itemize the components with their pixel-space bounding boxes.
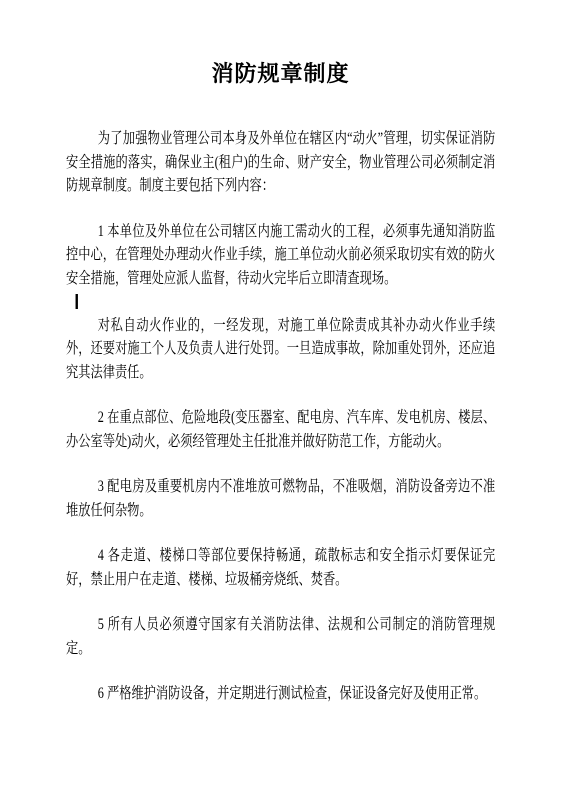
document-page[interactable]: 消防规章制度 为了加强物业管理公司本身及外单位在辖区内“动火”管理，切实保证消防…: [0, 0, 561, 806]
paragraph[interactable]: 2 在重点部位、危险地段(变压器室、配电房、汽车库、发电机房、楼层、办公室等处)…: [66, 406, 495, 453]
document-body[interactable]: 为了加强物业管理公司本身及外单位在辖区内“动火”管理，切实保证消防安全措施的落实…: [66, 127, 495, 706]
paragraph[interactable]: 为了加强物业管理公司本身及外单位在辖区内“动火”管理，切实保证消防安全措施的落实…: [66, 127, 495, 198]
paragraph[interactable]: 5 所有人员必须遵守国家有关消防法律、法规和公司制定的消防管理规定。: [66, 613, 495, 660]
document-title[interactable]: 消防规章制度: [66, 60, 495, 88]
paragraph[interactable]: 4 各走道、楼梯口等部位要保持畅通，疏散标志和安全指示灯要保证完好，禁止用户在走…: [66, 544, 495, 591]
text-cursor: [76, 294, 78, 309]
paragraph[interactable]: 对私自动火作业的，一经发现，对施工单位除责成其补办动火作业手续外，还要对施工个人…: [66, 314, 495, 385]
paragraph[interactable]: 6 严格维护消防设备，并定期进行测试检查，保证设备完好及使用正常。: [66, 682, 495, 706]
paragraph[interactable]: 3 配电房及重要机房内不准堆放可燃物品，不准吸烟，消防设备旁边不准堆放任何杂物。: [66, 475, 495, 522]
text-cursor-line[interactable]: [66, 290, 495, 314]
paragraph[interactable]: 1 本单位及外单位在公司辖区内施工需动火的工程，必须事先通知消防监控中心，在管理…: [66, 220, 495, 291]
